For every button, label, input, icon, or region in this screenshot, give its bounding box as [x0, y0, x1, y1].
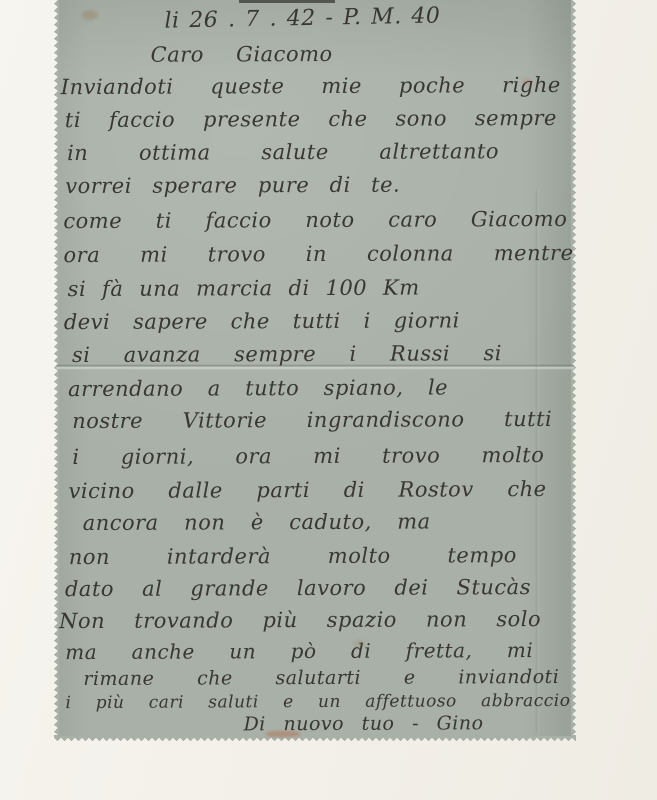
letter-paper: li 26 . 7 . 42 - P. M. 40 Caro Giacomo I…: [54, 0, 576, 741]
letter-line: i giorni, ora mi trovo molto: [72, 443, 544, 469]
letter-line: vorrei sperare pure di te.: [65, 173, 400, 199]
letter-line: rimane che salutarti e inviandoti: [83, 667, 559, 691]
letter-line: in ottima salute altrettanto: [67, 139, 499, 165]
letter-line: nostre Vittorie ingrandiscono tutti: [72, 407, 552, 433]
letter-line: ancora non è caduto, ma: [83, 509, 431, 535]
letter-line: devi sapere che tutti i giorni: [64, 308, 460, 334]
letter-line: ma anche un pò di fretta, mi: [65, 639, 533, 664]
letter-line: ti faccio presente che sono sempre: [65, 106, 557, 132]
signature: Di nuovo tuo - Gino: [243, 713, 483, 736]
letter-line: si fà una marcia di 100 Km: [68, 276, 420, 302]
letter-line: si avanza sempre i Russi si: [72, 341, 502, 367]
letter-line: dato al grande lavoro dei Stucàs: [65, 575, 531, 601]
letter-line: Inviandoti queste mie poche righe: [61, 73, 561, 99]
letter-line: come ti faccio noto caro Giacomo: [63, 207, 567, 233]
letter-line: arrendano a tutto spiano, le: [68, 375, 448, 401]
letter-line: Non trovando più spazio non solo: [59, 607, 541, 633]
handwriting-layer: li 26 . 7 . 42 - P. M. 40 Caro Giacomo I…: [52, 0, 577, 742]
letter-line: vicino dalle parti di Rostov che: [68, 477, 546, 503]
salutation: Caro Giacomo: [151, 42, 333, 67]
letter-line: i più cari saluti e un affettuoso abbrac…: [65, 692, 570, 714]
letter-line: non intarderà molto tempo: [69, 543, 517, 569]
scanned-letter: li 26 . 7 . 42 - P. M. 40 Caro Giacomo I…: [0, 0, 657, 800]
letter-line: ora mi trovo in colonna mentre: [63, 241, 573, 267]
dateline: li 26 . 7 . 42 - P. M. 40: [164, 4, 440, 34]
